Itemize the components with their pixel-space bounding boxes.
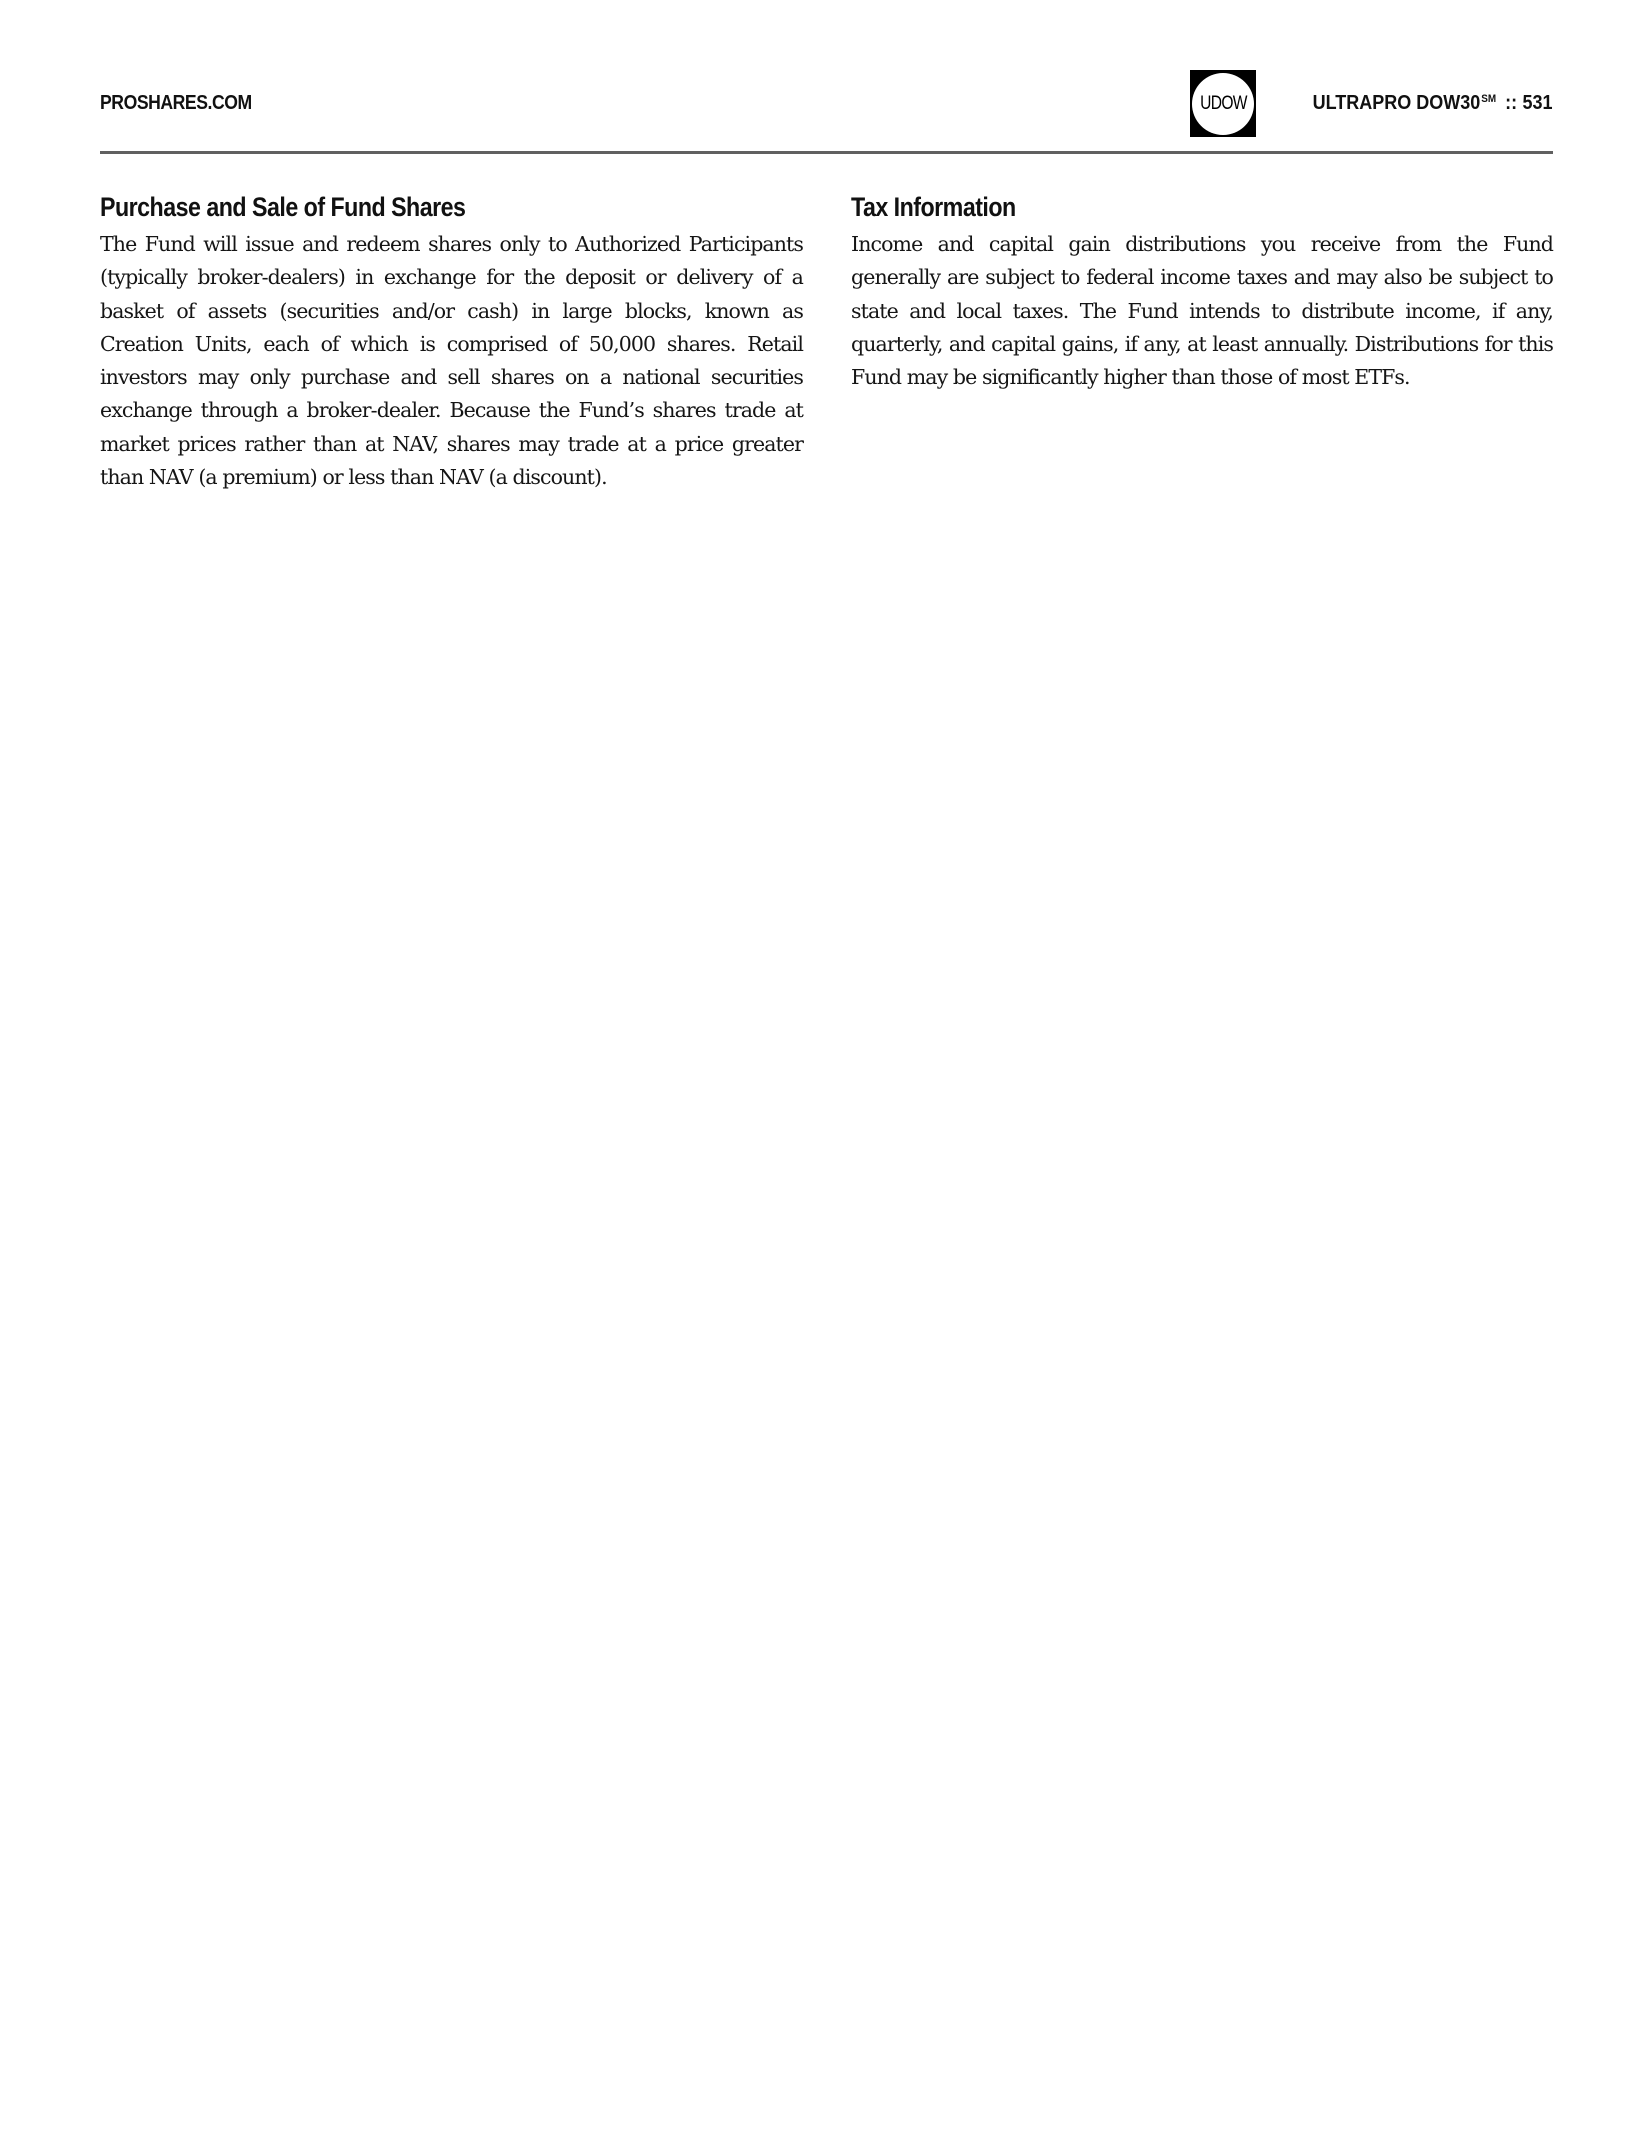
- page-header: PROSHARES.COM UDOW ULTRAPRO DOW30SM::531: [100, 60, 1553, 152]
- title-separator: ::: [1506, 92, 1518, 114]
- section-body: The Fund will issue and redeem shares on…: [100, 228, 803, 494]
- fund-title: ULTRAPRO DOW30SM::531: [1313, 92, 1553, 115]
- header-divider: [100, 151, 1553, 154]
- service-mark: SM: [1482, 93, 1497, 105]
- section-heading: Purchase and Sale of Fund Shares: [100, 190, 705, 224]
- section-tax-information: Tax Information Income and capital gain …: [851, 190, 1553, 394]
- fund-ticker-logo: UDOW: [1190, 70, 1256, 137]
- section-heading: Tax Information: [851, 190, 1455, 224]
- logo-circle-icon: UDOW: [1192, 73, 1254, 135]
- section-purchase-sale: Purchase and Sale of Fund Shares The Fun…: [100, 190, 803, 494]
- section-body: Income and capital gain distributions yo…: [851, 228, 1553, 394]
- logo-ticker-text: UDOW: [1200, 93, 1247, 115]
- fund-name: ULTRAPRO DOW30: [1313, 92, 1481, 114]
- site-name: PROSHARES.COM: [100, 92, 252, 115]
- page-number: 531: [1523, 92, 1553, 114]
